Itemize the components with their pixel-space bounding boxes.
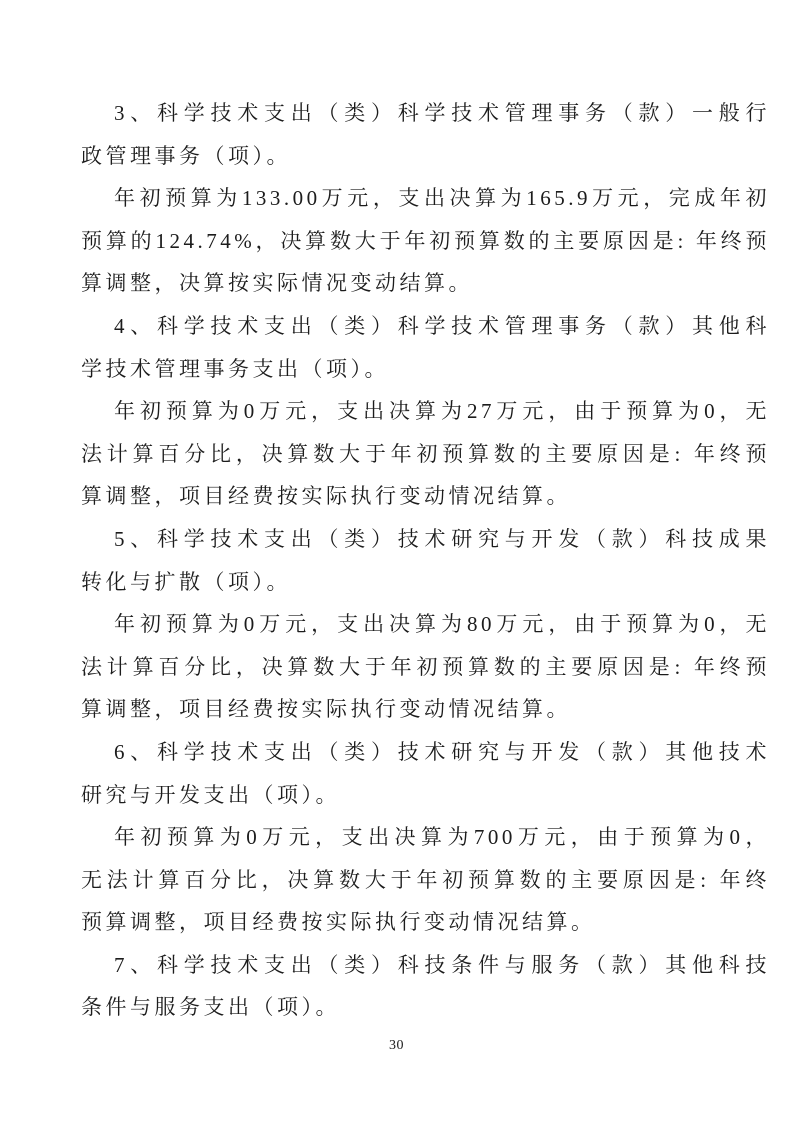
text-line: 法计算百分比，决算数大于年初预算数的主要原因是: 年终预 (81, 433, 770, 476)
text-line: 7、科学技术支出（类）科技条件与服务（款）其他科技 (81, 944, 770, 987)
text-line: 年初预算为0万元，支出决算为700万元，由于预算为0， (81, 816, 770, 859)
text-line: 转化与扩散（项）。 (81, 561, 770, 604)
text-line: 算调整，决算按实际情况变动结算。 (81, 262, 770, 305)
text-line: 预算的124.74%，决算数大于年初预算数的主要原因是: 年终预 (81, 220, 770, 263)
text-line: 无法计算百分比，决算数大于年初预算数的主要原因是: 年终 (81, 859, 770, 902)
paragraph: 年初预算为0万元，支出决算为80万元，由于预算为0，无法计算百分比，决算数大于年… (81, 603, 770, 731)
page-footer: 30 (0, 1036, 793, 1054)
text-line: 条件与服务支出（项）。 (81, 986, 770, 1029)
paragraph: 6、科学技术支出（类）技术研究与开发（款）其他技术研究与开发支出（项）。 (81, 731, 770, 816)
text-line: 预算调整，项目经费按实际执行变动情况结算。 (81, 901, 770, 944)
text-line: 算调整，项目经费按实际执行变动情况结算。 (81, 688, 770, 731)
text-line: 学技术管理事务支出（项）。 (81, 348, 770, 391)
text-line: 年初预算为0万元，支出决算为80万元，由于预算为0，无 (81, 603, 770, 646)
paragraph: 7、科学技术支出（类）科技条件与服务（款）其他科技条件与服务支出（项）。 (81, 944, 770, 1029)
text-line: 3、科学技术支出（类）科学技术管理事务（款）一般行 (81, 92, 770, 135)
text-line: 6、科学技术支出（类）技术研究与开发（款）其他技术 (81, 731, 770, 774)
text-line: 研究与开发支出（项）。 (81, 774, 770, 817)
text-line: 年初预算为0万元，支出决算为27万元，由于预算为0，无 (81, 390, 770, 433)
paragraph: 4、科学技术支出（类）科学技术管理事务（款）其他科学技术管理事务支出（项）。 (81, 305, 770, 390)
document-body: 3、科学技术支出（类）科学技术管理事务（款）一般行政管理事务（项）。年初预算为1… (81, 92, 770, 1029)
paragraph: 3、科学技术支出（类）科学技术管理事务（款）一般行政管理事务（项）。 (81, 92, 770, 177)
text-line: 年初预算为133.00万元，支出决算为165.9万元，完成年初 (81, 177, 770, 220)
paragraph: 年初预算为0万元，支出决算为700万元，由于预算为0，无法计算百分比，决算数大于… (81, 816, 770, 944)
text-line: 法计算百分比，决算数大于年初预算数的主要原因是: 年终预 (81, 646, 770, 689)
paragraph: 年初预算为133.00万元，支出决算为165.9万元，完成年初预算的124.74… (81, 177, 770, 305)
text-line: 4、科学技术支出（类）科学技术管理事务（款）其他科 (81, 305, 770, 348)
text-line: 政管理事务（项）。 (81, 135, 770, 178)
text-line: 算调整，项目经费按实际执行变动情况结算。 (81, 475, 770, 518)
page-number: 30 (389, 1038, 404, 1054)
document-page: 3、科学技术支出（类）科学技术管理事务（款）一般行政管理事务（项）。年初预算为1… (0, 0, 793, 1122)
text-line: 5、科学技术支出（类）技术研究与开发（款）科技成果 (81, 518, 770, 561)
paragraph: 年初预算为0万元，支出决算为27万元，由于预算为0，无法计算百分比，决算数大于年… (81, 390, 770, 518)
paragraph: 5、科学技术支出（类）技术研究与开发（款）科技成果转化与扩散（项）。 (81, 518, 770, 603)
